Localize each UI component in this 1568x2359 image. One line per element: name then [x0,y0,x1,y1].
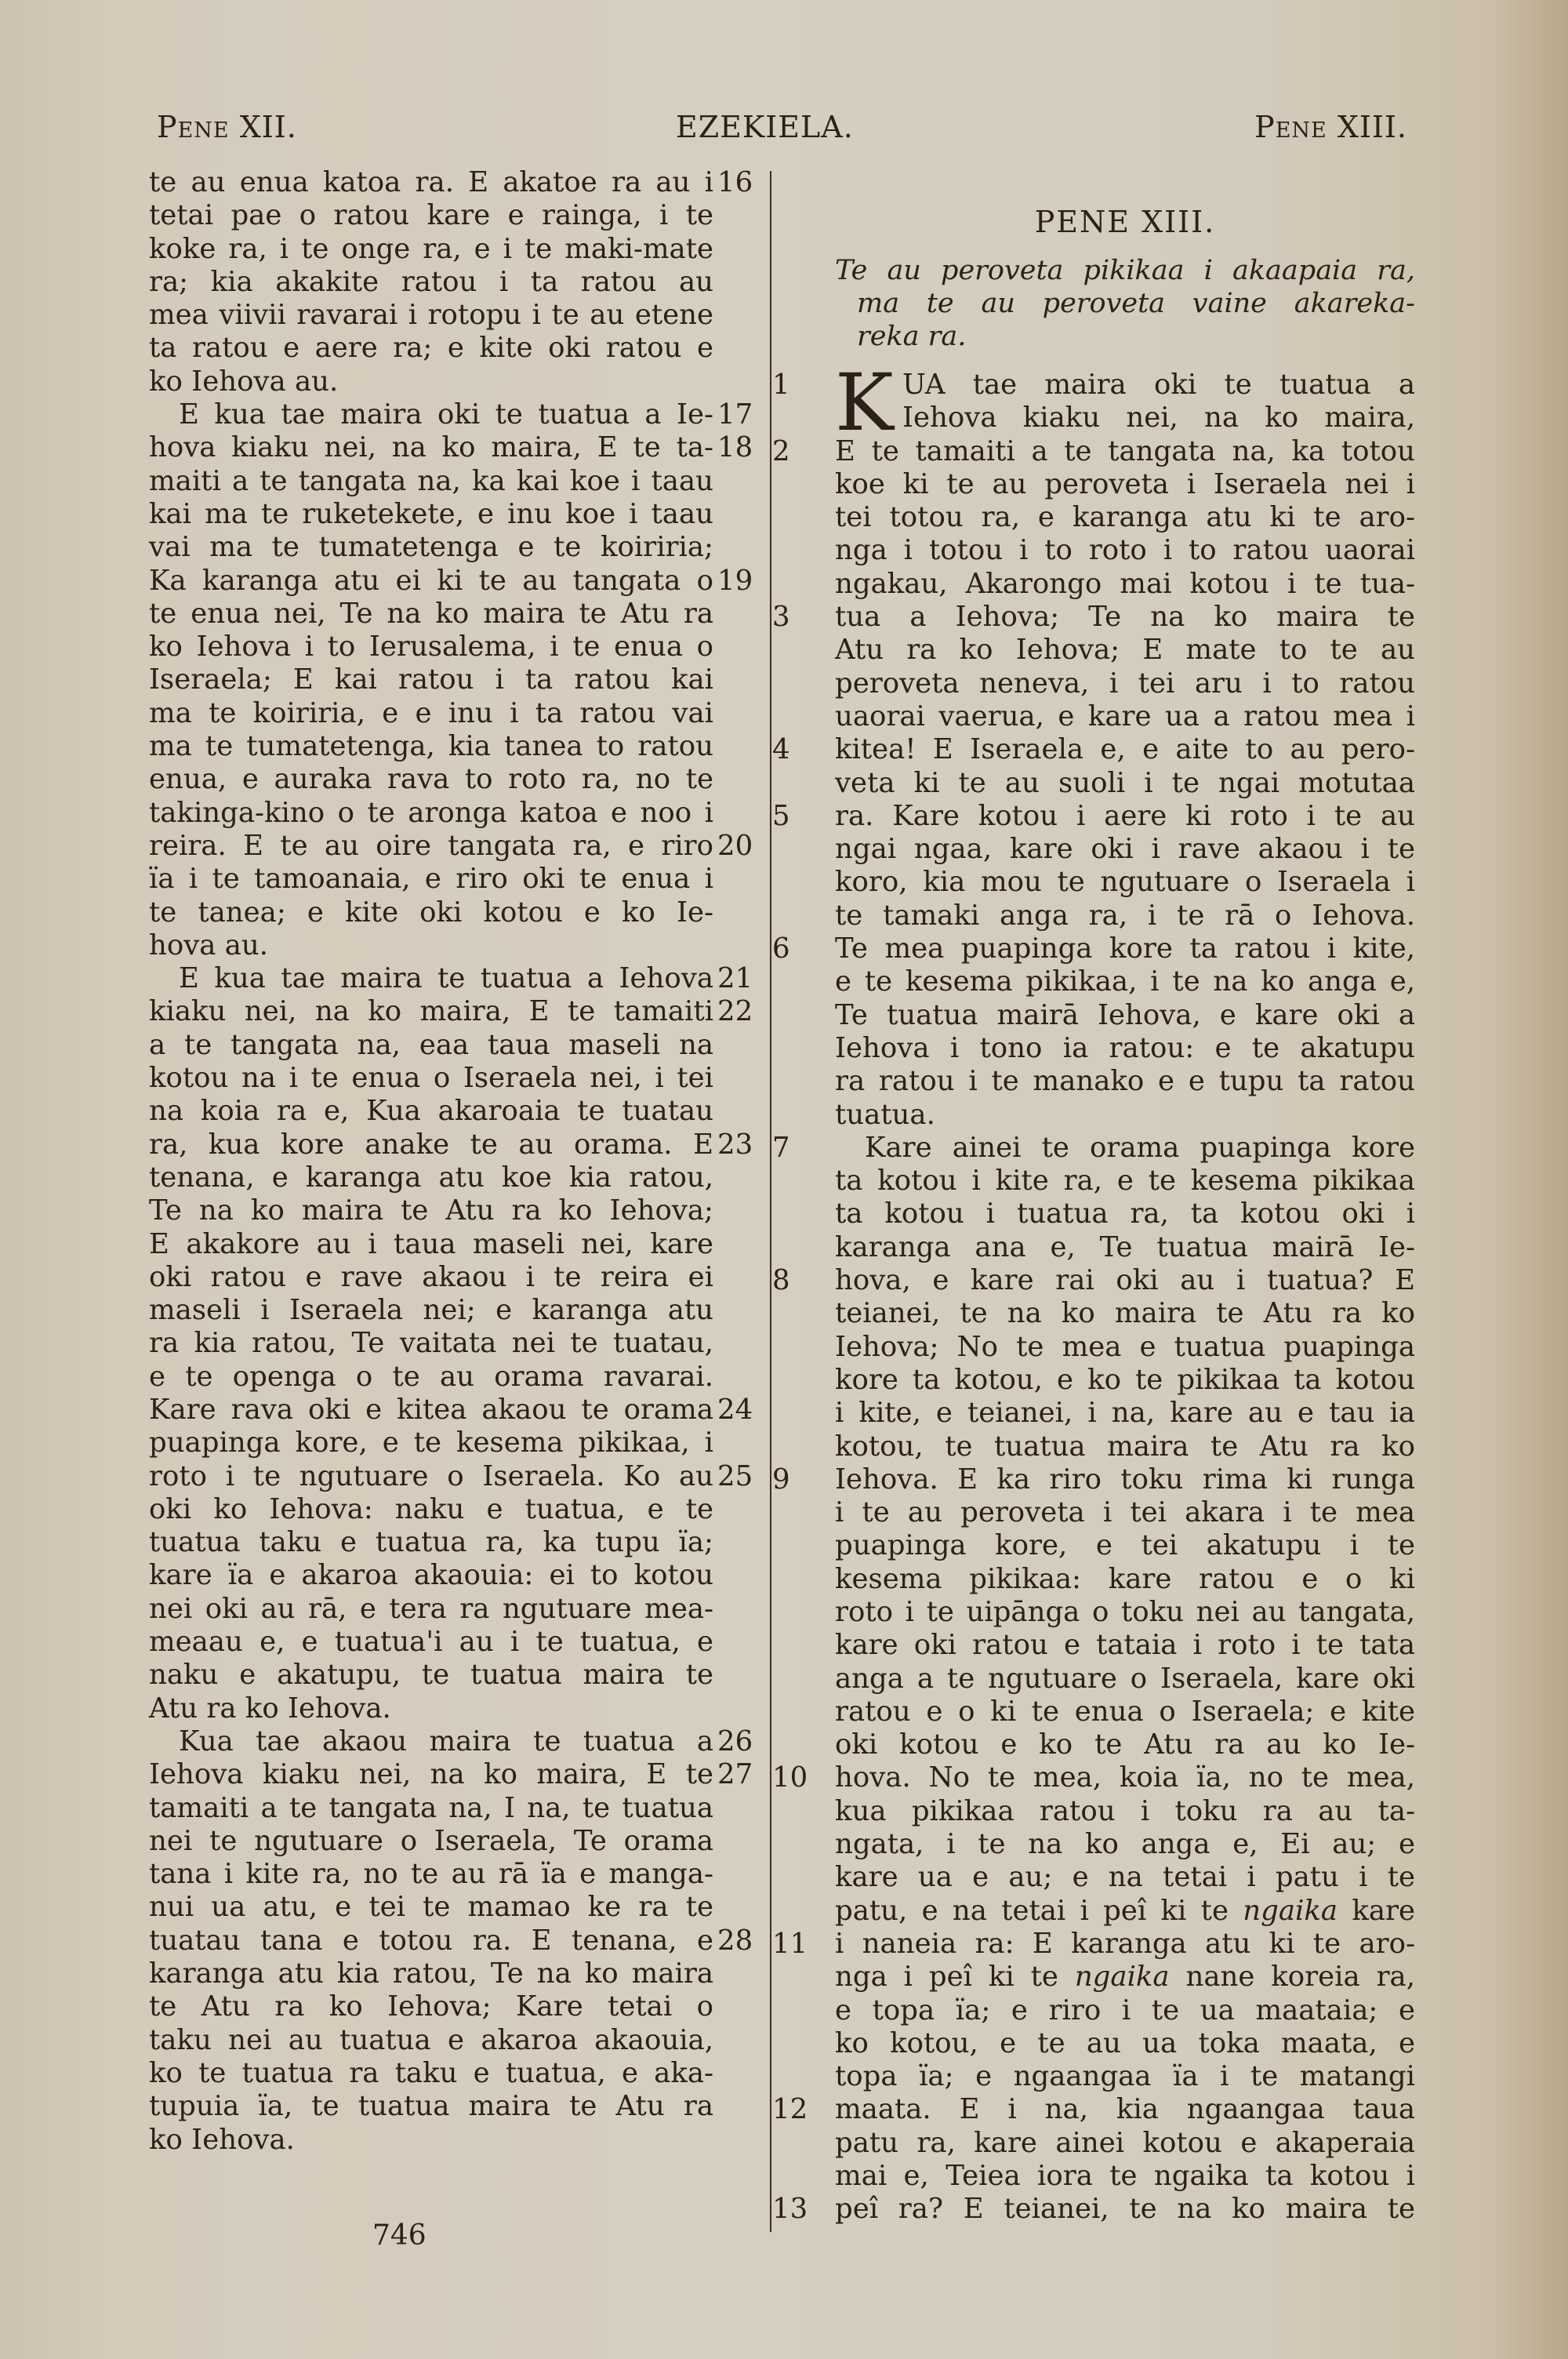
line-text: Atu ra ko Iehova; E mate to te au [835,634,1415,666]
line-text: te tanea; e kite oki kotou e ko Ie- [149,896,713,929]
line-text: tuatau tana e totou ra. E tenana, e [149,1925,713,1957]
line-text: ko kotou, e te au ua toka maata, e [835,2027,1415,2059]
line-text: tuatua taku e tuatua ra, ka tupu ïa; [149,1526,713,1558]
text-line: tupuia ïa, te tuatua maira te Atu ra [149,2090,713,2123]
line-text: hova, e kare rai oki au i tuatua? E [835,1264,1415,1296]
line-text: hova. No te mea, koia ïa, no te mea, [835,1761,1415,1794]
line-text: a te tangata na, eaa taua maseli na [149,1029,713,1061]
line-text: i kite, e teianei, i na, kare au e tau i… [835,1397,1415,1429]
text-line: nei oki au rā, e tera ra ngutuare mea- [149,1593,713,1626]
text-line: meaau e, e tuatua'i au i te tuatua, e [149,1626,713,1659]
text-line: topa ïa; e ngaangaa ïa i te matangi [835,2060,1415,2093]
line-text: roto i te ngutuare o Iseraela. Ko au [149,1460,713,1492]
text-line: maata. E i na, kia ngaangaa taua12 [835,2093,1415,2126]
text-line: teianei, te na ko maira te Atu ra ko [835,1297,1415,1330]
text-line: vai ma te tumatetenga e te koiriria; [149,531,713,564]
line-text: kare oki ratou e tataia i roto i te tata [835,1629,1415,1661]
line-text: anga a te ngutuare o Iseraela, kare oki [835,1663,1415,1695]
line-text: nga i totou i to roto i to ratou uaorai [835,534,1415,566]
text-line: Iehova i tono ia ratou: e te akatupu [835,1032,1415,1065]
text-line: naku e akatupu, te tuatua maira te [149,1659,713,1692]
line-text: uaorai vaerua, e kare ua a ratou mea i [835,700,1415,732]
text-line: maiti a te tangata na, ka kai koe i taau [149,465,713,498]
line-text: ra kia ratou, Te vaitata nei te tuatau, [149,1327,713,1359]
line-text: koke ra, i te onge ra, e i te maki-mate [149,233,713,265]
line-text: Te mea puapinga kore ta ratou i kite, [835,932,1415,965]
text-line: Te mea puapinga kore ta ratou i kite,6 [835,932,1415,965]
text-line: Kua tae akaou maira te tuatua a26 [149,1725,713,1758]
line-text: ma te tumatetenga, kia tanea to ratou [149,730,713,762]
line-text: Iehova; No te mea e tuatua puapinga [835,1331,1415,1363]
chapter-heading: PENE XIII. [835,205,1415,245]
line-text: UA tae maira oki te tuatua a [902,369,1415,401]
text-line: Iseraela; E kai ratou i ta ratou kai [149,663,713,696]
line-text: peî ra? E teianei, te na ko maira te [835,2193,1415,2225]
line-text: tua a Iehova; Te na ko maira te [835,601,1415,633]
line-text: kore ta kotou, e ko te pikikaa ta kotou [835,1364,1415,1396]
text-line: Kare rava oki e kitea akaou te orama24 [149,1394,713,1427]
line-text: kai ma te ruketekete, e inu koe i taau [149,498,713,530]
text-line: nga i totou i to roto i to ratou uaorai [835,534,1415,567]
text-line: kotou, te tuatua maira te Atu ra ko [835,1430,1415,1463]
line-text: puapinga kore, e tei akatupu i te [835,1529,1415,1561]
text-line: ra ratou i te manako e e tupu ta ratou [835,1065,1415,1098]
text-line: koke ra, i te onge ra, e i te maki-mate [149,233,713,266]
text-line: tei totou ra, e karanga atu ki te aro- [835,501,1415,534]
line-text: maata. E i na, kia ngaangaa taua [835,2093,1415,2125]
line-text: roto i te uipānga o toku nei au tangata, [835,1596,1415,1628]
column-divider [770,171,771,2232]
line-text: naku e akatupu, te tuatua maira te [149,1659,713,1691]
line-text: tuatua. [835,1099,935,1131]
text-line: UA tae maira oki te tuatua a1 [835,369,1415,402]
line-text: kua pikikaa ratou i toku ra au ta- [835,1795,1415,1827]
text-line: Iehova kiaku nei, na ko maira, [835,402,1415,434]
line-text: patu, e na tetai i peî ki te ngaika kare [835,1895,1415,1927]
chapter-body: K UA tae maira oki te tuatua a1Iehova ki… [835,369,1415,2226]
text-line: tenana, e karanga atu koe kia ratou, [149,1161,713,1194]
line-text: hova kiaku nei, na ko maira, E te ta- [149,431,713,463]
line-text: i naneia ra: E karanga atu ki te aro- [835,1928,1415,1960]
text-line: roto i te uipānga o toku nei au tangata, [835,1596,1415,1629]
text-line: taku nei au tuatua e akaroa akaouia, [149,2024,713,2057]
text-line: ra, kua kore anake te au orama. E23 [149,1129,713,1161]
verse-number: 1 [772,369,819,402]
text-line: Kare ainei te orama puapinga kore7 [835,1132,1415,1165]
verse-number: 20 [717,830,753,863]
text-line: ko te tuatua ra taku e tuatua, e aka- [149,2057,713,2090]
text-line: Te na ko maira te Atu ra ko Iehova; [149,1194,713,1227]
line-text: takinga-kino o te aronga katoa e noo i [149,797,713,829]
verse-number: 19 [717,565,753,598]
running-head-right: Pene XIII. [1254,110,1407,144]
line-text: ra; kia akakite ratou i ta ratou au [149,266,713,298]
line-text: Atu ra ko Iehova. [149,1692,391,1725]
text-line: mai e, Teiea iora te ngaika ta kotou i [835,2160,1415,2193]
text-line: roto i te ngutuare o Iseraela. Ko au25 [149,1460,713,1493]
line-text: koro, kia mou te ngutuare o Iseraela i [835,866,1415,898]
text-line: Ka karanga atu ei ki te au tangata o19 [149,565,713,598]
book-page: Pene XII. EZEKIELA. Pene XIII. te au enu… [0,0,1568,2359]
text-line: nei te ngutuare o Iseraela, Te orama [149,1825,713,1858]
text-line: Te tuatua mairā Iehova, e kare oki a [835,999,1415,1032]
line-text: ko Iehova. [149,2124,295,2156]
text-line: ngata, i te na ko anga e, Ei au; e [835,1828,1415,1861]
text-line: nui ua atu, e tei te mamao ke ra te [149,1891,713,1924]
line-text: nui ua atu, e tei te mamao ke ra te [149,1891,713,1923]
text-line: nga i peî ki te ngaika nane koreia ra, [835,1961,1415,1994]
text-line: E kua tae maira oki te tuatua a Ie-17 [149,398,713,431]
text-line: ko Iehova au. [149,365,713,398]
line-text: ta kotou i tuatua ra, ta kotou oki i [835,1198,1415,1230]
text-line: uaorai vaerua, e kare ua a ratou mea i [835,700,1415,733]
line-text: ko Iehova i to Ierusalema, i te enua o [149,631,713,663]
line-text: e te openga o te au orama ravarai. [149,1361,713,1393]
verse-number: 7 [772,1132,819,1165]
text-line: E akakore au i taua maseli nei, kare [149,1228,713,1261]
verse-number: 18 [717,431,753,464]
line-text: Kua tae akaou maira te tuatua a [179,1725,713,1757]
text-line: peroveta neneva, i tei aru i to ratou [835,667,1415,700]
line-text: ngai ngaa, kare oki i rave akaou i te [835,833,1415,865]
text-line: Atu ra ko Iehova. [149,1692,713,1725]
text-line: ma te koiriria, e e inu i ta ratou vai [149,697,713,730]
verse-number: 4 [772,733,819,766]
summary-line: ma te au peroveta vaine akareka- [835,287,1415,320]
line-text: reira. E te au oire tangata ra, e riro [149,830,713,862]
line-text: e topa ïa; e riro i te ua maataia; e [835,1994,1415,2026]
text-line: peî ra? E teianei, te na ko maira te13 [835,2193,1415,2226]
text-line: oki kotou e ko te Atu ra au ko Ie- [835,1728,1415,1761]
line-text: ngata, i te na ko anga e, Ei au; e [835,1828,1415,1860]
text-line: hova au. [149,929,713,962]
text-line: anga a te ngutuare o Iseraela, kare oki [835,1663,1415,1696]
text-line: kesema pikikaa: kare ratou e o ki [835,1563,1415,1596]
line-text: kesema pikikaa: kare ratou e o ki [835,1563,1415,1595]
text-line: a te tangata na, eaa taua maseli na [149,1029,713,1062]
line-text: ma te koiriria, e e inu i ta ratou vai [149,697,713,729]
line-text: veta ki te au suoli i te ngai motutaa [835,767,1415,799]
text-line: hova. No te mea, koia ïa, no te mea,10 [835,1761,1415,1794]
line-text: kiaku nei, na ko maira, E te tamaiti [149,995,713,1027]
line-text: Iehova kiaku nei, na ko maira, [902,402,1415,434]
text-line: mea viivii ravarai i rotopu i te au eten… [149,299,713,332]
line-text: ko te tuatua ra taku e tuatua, e aka- [149,2057,713,2089]
text-line: te Atu ra ko Iehova; Kare tetai o [149,1990,713,2023]
text-line: e topa ïa; e riro i te ua maataia; e [835,1994,1415,2027]
line-text: Iehova kiaku nei, na ko maira, E te [149,1758,713,1790]
verse-number: 5 [772,800,819,833]
text-line: ta kotou i tuatua ra, ta kotou oki i [835,1198,1415,1230]
text-line: hova kiaku nei, na ko maira, E te ta-18 [149,431,713,464]
text-line: reira. E te au oire tangata ra, e riro20 [149,830,713,863]
line-text: meaau e, e tuatua'i au i te tuatua, e [149,1626,713,1658]
line-text: tupuia ïa, te tuatua maira te Atu ra [149,2090,713,2122]
verse-number: 13 [772,2193,819,2226]
text-line: i te au peroveta i tei akara i te mea [835,1496,1415,1529]
line-text: patu ra, kare ainei kotou e akaperaia [835,2127,1415,2159]
text-line: te tanea; e kite oki kotou e ko Ie- [149,896,713,929]
line-text: mea viivii ravarai i rotopu i te au eten… [149,299,713,331]
text-line: ko Iehova i to Ierusalema, i te enua o [149,631,713,663]
running-head: Pene XII. EZEKIELA. Pene XIII. [0,110,1568,157]
line-text: hova au. [149,929,268,961]
line-text: Kare ainei te orama puapinga kore [865,1132,1415,1164]
text-line: tuatua. [835,1099,1415,1132]
line-text: enua, e auraka rava to roto ra, no te [149,763,713,795]
text-line: patu ra, kare ainei kotou e akaperaia [835,2127,1415,2160]
verse-number: 2 [772,435,819,468]
line-text: e te kesema pikikaa, i te na ko anga e, [835,965,1415,998]
text-line: kotou na i te enua o Iseraela nei, i tei [149,1062,713,1095]
verse-number: 17 [717,398,753,431]
line-text: kitea! E Iseraela e, e aite to au pero- [835,733,1415,765]
text-line: ratou e o ki te enua o Iseraela; e kite [835,1696,1415,1728]
line-text: E akakore au i taua maseli nei, kare [149,1228,713,1260]
text-line: hova, e kare rai oki au i tuatua? E8 [835,1264,1415,1297]
text-line: maseli i Iseraela nei; e karanga atu [149,1294,713,1327]
verse-number: 12 [772,2093,819,2126]
text-line: na koia ra e, Kua akaroaia te tuatau [149,1095,713,1128]
text-line: ma te tumatetenga, kia tanea to ratou [149,730,713,763]
text-line: te enua nei, Te na ko maira te Atu ra [149,598,713,631]
running-head-title: EZEKIELA. [676,110,854,144]
line-text: nei oki au rā, e tera ra ngutuare mea- [149,1593,713,1625]
verse-number: 22 [717,995,753,1028]
line-text: mai e, Teiea iora te ngaika ta kotou i [835,2160,1415,2192]
text-line: ko kotou, e te au ua toka maata, e [835,2027,1415,2060]
line-text: te enua nei, Te na ko maira te Atu ra [149,598,713,630]
line-text: te tamaki anga ra, i te rā o Iehova. [835,900,1415,932]
verse-number: 27 [717,1758,753,1791]
line-text: kare ïa e akaroa akaouia: ei to kotou [149,1559,713,1591]
verse-number: 9 [772,1463,819,1496]
line-text: tamaiti a te tangata na, I na, te tuatua [149,1792,713,1824]
line-text: tetai pae o ratou kare e rainga, i te [149,199,713,231]
text-line: kare ua e au; e na tetai i patu i te [835,1861,1415,1894]
line-text: maseli i Iseraela nei; e karanga atu [149,1294,713,1326]
line-text: ïa i te tamoanaia, e riro oki te enua i [149,863,713,895]
page-number: 746 [372,2219,426,2252]
text-line: karanga atu kia ratou, Te na ko maira [149,1957,713,1990]
text-line: ra. Kare kotou i aere ki roto i te au5 [835,800,1415,833]
line-text: ra, kua kore anake te au orama. E [149,1129,713,1161]
verse-number: 8 [772,1264,819,1297]
line-text: vai ma te tumatetenga e te koiriria; [149,531,713,563]
line-text: taku nei au tuatua e akaroa akaouia, [149,2024,713,2056]
line-text: peroveta neneva, i tei aru i to ratou [835,667,1415,700]
text-line: enua, e auraka rava to roto ra, no te [149,763,713,796]
text-line: kare ïa e akaroa akaouia: ei to kotou [149,1559,713,1592]
text-line: oki ratou e rave akaou i te reira ei [149,1261,713,1294]
verse-number: 23 [717,1129,753,1161]
summary-line: reka ra. [835,320,1415,353]
text-line: e te openga o te au orama ravarai. [149,1361,713,1394]
line-text: E kua tae maira te tuatua a Iehova [179,962,713,994]
line-text: ratou e o ki te enua o Iseraela; e kite [835,1696,1415,1728]
text-line: te au enua katoa ra. E akatoe ra au i16 [149,166,713,199]
chapter-summary: Te au peroveta pikikaa i akaapaia ra,ma … [835,254,1415,353]
text-line: puapinga kore, e tei akatupu i te [835,1529,1415,1562]
text-line: E kua tae maira te tuatua a Iehova21 [149,962,713,995]
line-text: ra. Kare kotou i aere ki roto i te au [835,800,1415,832]
verse-number: 25 [717,1460,753,1493]
text-line: tuatau tana e totou ra. E tenana, e28 [149,1925,713,1957]
verse-number: 6 [772,932,819,965]
text-line: patu, e na tetai i peî ki te ngaika kare [835,1895,1415,1928]
line-text: ko Iehova au. [149,365,338,398]
text-line: i naneia ra: E karanga atu ki te aro-11 [835,1928,1415,1961]
verse-number: 24 [717,1394,753,1427]
line-text: Te na ko maira te Atu ra ko Iehova; [149,1194,713,1227]
line-text: Kare rava oki e kitea akaou te orama [149,1394,713,1426]
text-line: Iehova. E ka riro toku rima ki runga9 [835,1463,1415,1496]
text-line: kore ta kotou, e ko te pikikaa ta kotou [835,1364,1415,1397]
text-line: Iehova kiaku nei, na ko maira, E te27 [149,1758,713,1791]
line-text: teianei, te na ko maira te Atu ra ko [835,1297,1415,1329]
right-column: PENE XIII. Te au peroveta pikikaa i akaa… [835,166,1415,2226]
text-line: kai ma te ruketekete, e inu koe i taau [149,498,713,531]
line-text: E kua tae maira oki te tuatua a Ie- [179,398,713,431]
line-text: te Atu ra ko Iehova; Kare tetai o [149,1990,713,2023]
line-text: Te tuatua mairā Iehova, e kare oki a [835,999,1415,1031]
text-line: veta ki te au suoli i te ngai motutaa [835,767,1415,800]
text-line: tana i kite ra, no te au rā ïa e manga- [149,1858,713,1891]
line-text: i te au peroveta i tei akara i te mea [835,1496,1415,1528]
summary-line: Te au peroveta pikikaa i akaapaia ra, [835,254,1415,287]
line-text: maiti a te tangata na, ka kai koe i taau [149,465,713,497]
line-text: ta kotou i kite ra, e te kesema pikikaa [835,1165,1415,1197]
text-line: E te tamaiti a te tangata na, ka totou2 [835,435,1415,468]
text-line: ko Iehova. [149,2124,713,2157]
text-line: i kite, e teianei, i na, kare au e tau i… [835,1397,1415,1430]
line-text: Iehova. E ka riro toku rima ki runga [835,1463,1415,1496]
text-line: koro, kia mou te ngutuare o Iseraela i [835,866,1415,899]
text-line: tamaiti a te tangata na, I na, te tuatua [149,1792,713,1825]
line-text: tenana, e karanga atu koe kia ratou, [149,1161,713,1194]
line-text: oki kotou e ko te Atu ra au ko Ie- [835,1728,1415,1761]
text-line: te tamaki anga ra, i te rā o Iehova. [835,900,1415,932]
line-text: Ka karanga atu ei ki te au tangata o [149,565,713,597]
text-line: kare oki ratou e tataia i roto i te tata [835,1629,1415,1662]
verse-number: 11 [772,1928,819,1961]
line-text: nei te ngutuare o Iseraela, Te orama [149,1825,713,1857]
text-line: kiaku nei, na ko maira, E te tamaiti22 [149,995,713,1028]
line-text: tana i kite ra, no te au rā ïa e manga- [149,1858,713,1890]
verse-number: 16 [717,166,753,199]
text-line: tuatua taku e tuatua ra, ka tupu ïa; [149,1526,713,1559]
line-text: karanga ana e, Te tuatua mairā Ie- [835,1231,1415,1263]
line-text: Iseraela; E kai ratou i ta ratou kai [149,663,713,696]
running-head-left: Pene XII. [157,110,297,144]
text-line: oki ko Iehova: naku e tuatua, e te [149,1493,713,1526]
verse-number: 3 [772,601,819,634]
verse-number: 26 [717,1725,753,1758]
text-line: koe ki te au peroveta i Iseraela nei i [835,468,1415,501]
text-line: ngakau, Akarongo mai kotou i te tua- [835,568,1415,601]
line-text: kotou, te tuatua maira te Atu ra ko [835,1430,1415,1463]
text-line: kitea! E Iseraela e, e aite to au pero-4 [835,733,1415,766]
text-line: ra; kia akakite ratou i ta ratou au [149,266,713,299]
line-text: oki ko Iehova: naku e tuatua, e te [149,1493,713,1525]
text-line: tua a Iehova; Te na ko maira te3 [835,601,1415,634]
line-text: koe ki te au peroveta i Iseraela nei i [835,468,1415,500]
text-line: puapinga kore, e te kesema pikikaa, i [149,1427,713,1459]
line-text: oki ratou e rave akaou i te reira ei [149,1261,713,1293]
text-line: karanga ana e, Te tuatua mairā Ie- [835,1231,1415,1264]
line-text: puapinga kore, e te kesema pikikaa, i [149,1427,713,1459]
line-text: te au enua katoa ra. E akatoe ra au i [149,166,713,198]
line-text: kare ua e au; e na tetai i patu i te [835,1861,1415,1893]
line-text: kotou na i te enua o Iseraela nei, i tei [149,1062,713,1094]
verse-number: 28 [717,1925,753,1957]
line-text: karanga atu kia ratou, Te na ko maira [149,1957,713,1990]
text-line: ngai ngaa, kare oki i rave akaou i te [835,833,1415,866]
line-text: ngakau, Akarongo mai kotou i te tua- [835,568,1415,600]
text-line: ïa i te tamoanaia, e riro oki te enua i [149,863,713,896]
text-line: ra kia ratou, Te vaitata nei te tuatau, [149,1327,713,1360]
line-text: topa ïa; e ngaangaa ïa i te matangi [835,2060,1415,2092]
line-text: ta ratou e aere ra; e kite oki ratou e [149,332,713,364]
line-text: tei totou ra, e karanga atu ki te aro- [835,501,1415,533]
line-text: E te tamaiti a te tangata na, ka totou [835,435,1415,467]
text-line: ta ratou e aere ra; e kite oki ratou e [149,332,713,365]
line-text: ra ratou i te manako e e tupu ta ratou [835,1065,1415,1097]
line-text: na koia ra e, Kua akaroaia te tuatau [149,1095,713,1127]
text-line: Atu ra ko Iehova; E mate to te au [835,634,1415,667]
verse-number: 10 [772,1761,819,1794]
text-line: tetai pae o ratou kare e rainga, i te [149,199,713,232]
left-column: te au enua katoa ra. E akatoe ra au i16t… [149,166,713,2157]
text-line: takinga-kino o te aronga katoa e noo i [149,797,713,830]
verse-number: 21 [717,962,753,995]
text-line: ta kotou i kite ra, e te kesema pikikaa [835,1165,1415,1198]
line-text: Iehova i tono ia ratou: e te akatupu [835,1032,1415,1064]
line-text: nga i peî ki te ngaika nane koreia ra, [835,1961,1415,1993]
text-line: kua pikikaa ratou i toku ra au ta- [835,1795,1415,1828]
text-line: Iehova; No te mea e tuatua puapinga [835,1331,1415,1364]
text-line: e te kesema pikikaa, i te na ko anga e, [835,965,1415,998]
